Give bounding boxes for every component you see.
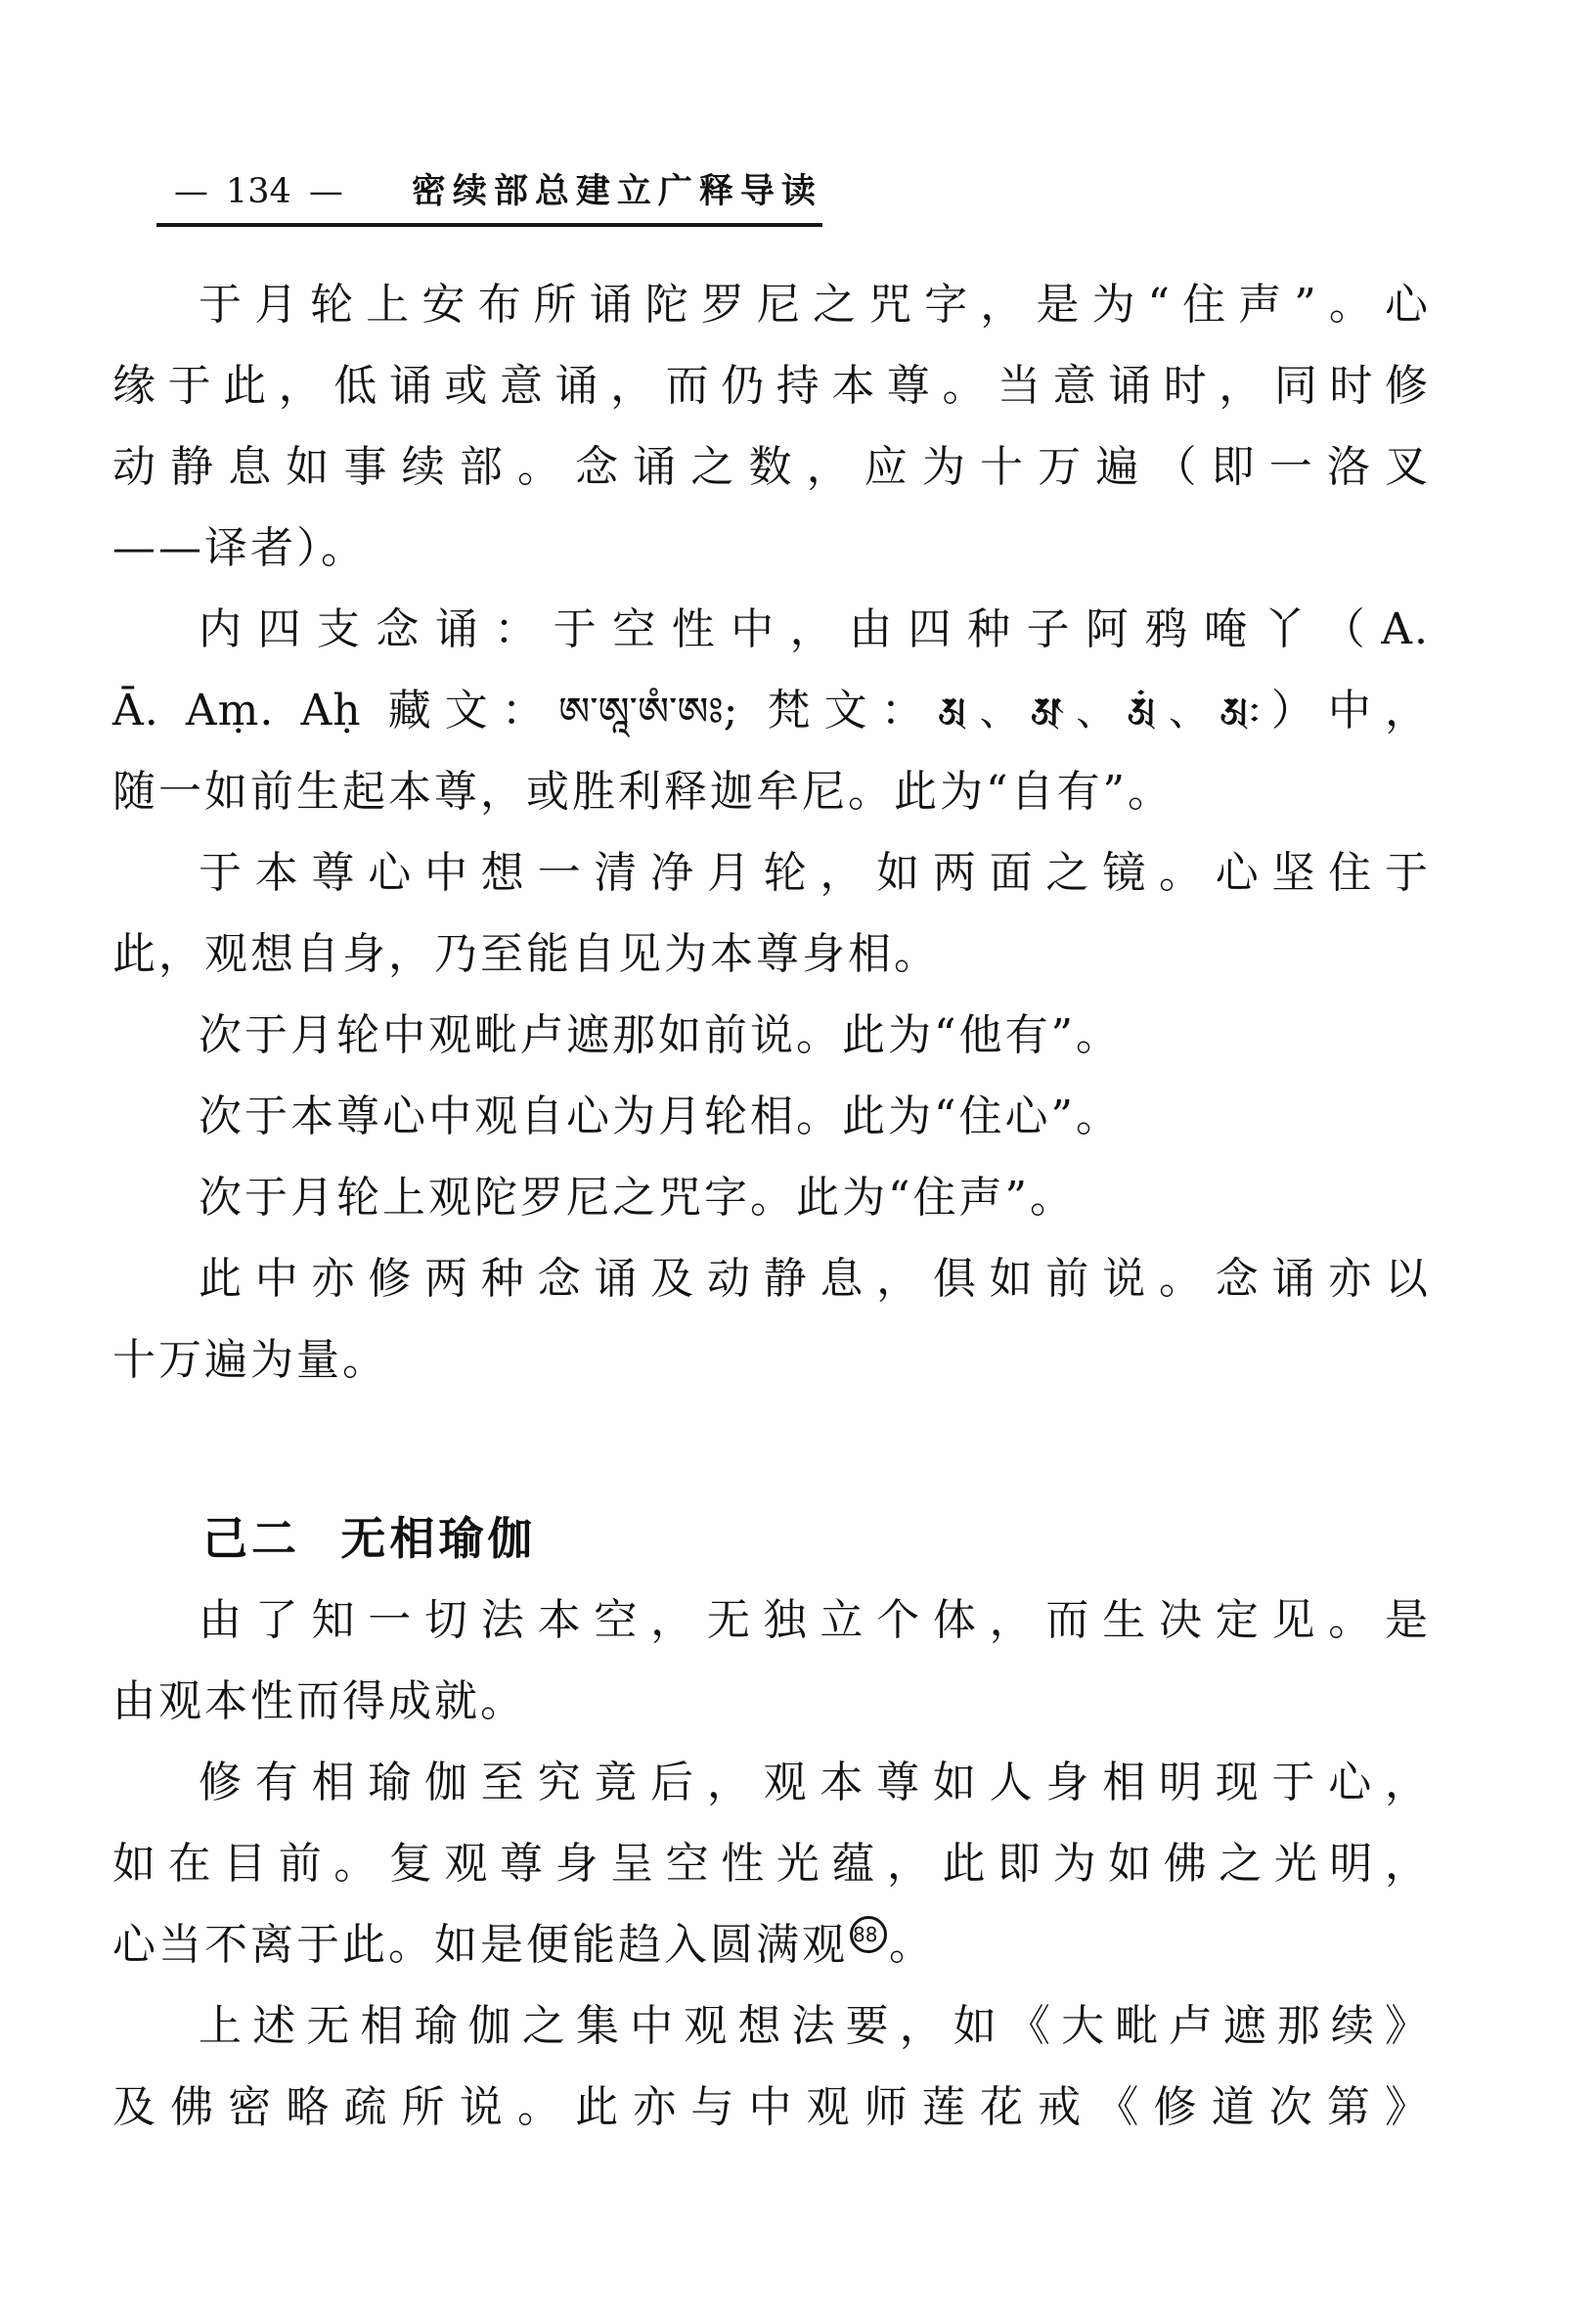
text-line-mixed-scripts: Ā. Aṃ. Aḥ 藏文：ཨ་ཨཱ་ཨཾ་ཨཿ; 梵文：𑖀、𑖁、𑖀𑖽、𑖀𑖾）中， xyxy=(112,670,1430,751)
text-line: 此中亦修两种念诵及动静息，俱如前说。念诵亦以 xyxy=(112,1238,1430,1319)
paragraph: 次于月轮中观毗卢遮那如前说。此为“他有”。 xyxy=(112,995,1430,1076)
paragraph: 此中亦修两种念诵及动静息，俱如前说。念诵亦以 十万遍为量。 xyxy=(112,1238,1430,1401)
paragraph: 于月轮上安布所诵陀罗尼之咒字，是为“住声”。心 缘于此，低诵或意诵，而仍持本尊。… xyxy=(112,264,1430,589)
section-heading: 己二无相瑜伽 xyxy=(112,1498,1430,1580)
header-right-dash: — xyxy=(291,172,361,211)
paragraph: 次于本尊心中观自心为月轮相。此为“住心”。 xyxy=(112,1076,1430,1157)
tibetan-script-text: ཨ་ཨཱ་ཨཾ་ཨཿ xyxy=(558,690,724,735)
text-line: 次于本尊心中观自心为月轮相。此为“住心”。 xyxy=(112,1076,1430,1157)
sanskrit-siddham-text: 𑖀、𑖁、𑖀𑖽、𑖀𑖾 xyxy=(938,690,1260,735)
text-segment: 心当不离于此。如是便能趋入圆满观 xyxy=(112,1920,848,1970)
text-line: 于本尊心中想一清净月轮，如两面之镜。心坚住于 xyxy=(112,832,1430,913)
text-line: 动静息如事续部。念诵之数，应为十万遍（即一洛叉 xyxy=(112,426,1430,508)
text-line-with-footnote: 心当不离于此。如是便能趋入圆满观88。 xyxy=(112,1904,1430,1985)
text-segment: 。 xyxy=(889,1920,935,1970)
paragraph: 次于月轮上观陀罗尼之咒字。此为“住声”。 xyxy=(112,1157,1430,1238)
text-line: 如在目前。复观尊身呈空性光蕴，此即为如佛之光明， xyxy=(112,1823,1430,1904)
text-line: 次于月轮中观毗卢遮那如前说。此为“他有”。 xyxy=(112,995,1430,1076)
text-line: 内四支念诵：于空性中，由四种子阿鸦唵丫（A. xyxy=(112,589,1430,670)
section-heading-title: 无相瑜伽 xyxy=(340,1512,536,1565)
paragraph: 内四支念诵：于空性中，由四种子阿鸦唵丫（A. Ā. Aṃ. Aḥ 藏文：ཨ་ཨཱ… xyxy=(112,589,1430,832)
text-line: 修有相瑜伽至究竟后，观本尊如人身相明现于心， xyxy=(112,1742,1430,1823)
text-line: 此，观想自身，乃至能自见为本尊身相。 xyxy=(112,913,1430,995)
body-text: 于月轮上安布所诵陀罗尼之咒字，是为“住声”。心 缘于此，低诵或意诵，而仍持本尊。… xyxy=(112,264,1430,2148)
text-line: 十万遍为量。 xyxy=(112,1319,1430,1401)
text-line: 随一如前生起本尊，或胜利释迦牟尼。此为“自有”。 xyxy=(112,751,1430,832)
tibetan-label: 藏文： xyxy=(388,686,558,735)
page-number: 134 xyxy=(226,172,291,211)
header-left-dash: — xyxy=(156,172,226,211)
text-line: 上述无相瑜伽之集中观想法要，如《大毗卢遮那续》 xyxy=(112,1985,1430,2067)
text-line: 次于月轮上观陀罗尼之咒字。此为“住声”。 xyxy=(112,1157,1430,1238)
scanned-book-page: —134—密续部总建立广释导读 于月轮上安布所诵陀罗尼之咒字，是为“住声”。心 … xyxy=(0,0,1596,2317)
paragraph: 由了知一切法本空，无独立个体，而生决定见。是 由观本性而得成就。 xyxy=(112,1580,1430,1742)
book-title: 密续部总建立广释导读 xyxy=(412,164,822,213)
text-line: 由观本性而得成就。 xyxy=(112,1661,1430,1742)
footnote-marker: 88 xyxy=(850,1916,887,1953)
text-line: 及佛密略疏所说。此亦与中观师莲花戒《修道次第》 xyxy=(112,2067,1430,2148)
running-header: —134—密续部总建立广释导读 xyxy=(156,164,822,227)
text-line: 由了知一切法本空，无独立个体，而生决定见。是 xyxy=(112,1580,1430,1661)
page-number-group: —134— xyxy=(156,172,361,211)
text-line: 缘于此，低诵或意诵，而仍持本尊。当意诵时，同时修 xyxy=(112,345,1430,426)
paragraph: 于本尊心中想一清净月轮，如两面之镜。心坚住于 此，观想自身，乃至能自见为本尊身相… xyxy=(112,832,1430,995)
section-heading-number: 己二 xyxy=(202,1512,300,1565)
separator: ; xyxy=(724,686,768,735)
text-line: 于月轮上安布所诵陀罗尼之咒字，是为“住声”。心 xyxy=(112,264,1430,345)
text-line: ——译者）。 xyxy=(112,508,1430,589)
paragraph: 修有相瑜伽至究竟后，观本尊如人身相明现于心， 如在目前。复观尊身呈空性光蕴，此即… xyxy=(112,1742,1430,1985)
sanskrit-label: 梵文： xyxy=(768,686,938,735)
latin-transliteration: Ā. Aṃ. Aḥ xyxy=(112,686,388,735)
paragraph: 上述无相瑜伽之集中观想法要，如《大毗卢遮那续》 及佛密略疏所说。此亦与中观师莲花… xyxy=(112,1985,1430,2148)
closing-bracket: ）中， xyxy=(1260,686,1430,735)
